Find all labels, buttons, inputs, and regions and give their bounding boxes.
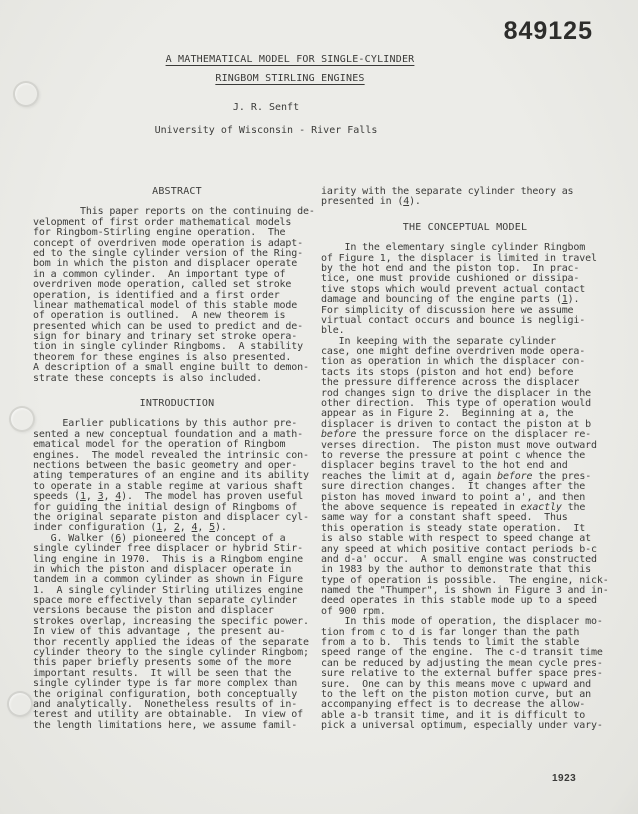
text-line: virtual contact occurs and bounce is neg… bbox=[321, 316, 609, 326]
left-column: ABSTRACT This paper reports on the conti… bbox=[33, 187, 321, 732]
text-line: overdriven mode operation, called set st… bbox=[33, 280, 321, 290]
text-line: the length limitations here, we assume f… bbox=[33, 721, 321, 731]
paragraph: Earlier publications by this author pre-… bbox=[33, 419, 321, 533]
text-line: damage and bouncing of the engine parts … bbox=[321, 295, 609, 305]
paper-number: 849125 bbox=[504, 17, 593, 46]
section-heading: INTRODUCTION bbox=[33, 399, 321, 409]
two-column-body: ABSTRACT This paper reports on the conti… bbox=[33, 187, 609, 732]
author-name: J. R. Senft bbox=[0, 95, 532, 114]
paragraph: iarity with the separate cylinder theory… bbox=[321, 187, 609, 208]
punch-hole-bottom bbox=[7, 691, 33, 717]
section-heading: THE CONCEPTUAL MODEL bbox=[321, 223, 609, 233]
author-affiliation: University of Wisconsin - River Falls bbox=[0, 125, 532, 136]
page-number: 1923 bbox=[552, 773, 576, 784]
paragraph: In this mode of operation, the displacer… bbox=[321, 617, 609, 731]
right-column: iarity with the separate cylinder theory… bbox=[321, 187, 609, 732]
text-line: pick a universal optimum, especially und… bbox=[321, 721, 609, 731]
scanned-paper-page: 849125 A MATHEMATICAL MODEL FOR SINGLE-C… bbox=[0, 0, 638, 814]
title-line-2: RINGBOM STIRLING ENGINES bbox=[0, 69, 580, 88]
paragraph: G. Walker (6) pioneered the concept of a… bbox=[33, 534, 321, 731]
paper-title: A MATHEMATICAL MODEL FOR SINGLE-CYLINDER… bbox=[0, 50, 580, 88]
paragraph: In the elementary single cylinder Ringbo… bbox=[321, 243, 609, 337]
text-line: sure direction changes. It changes after… bbox=[321, 482, 609, 492]
punch-hole-middle bbox=[9, 406, 35, 432]
paragraph: This paper reports on the continuing de-… bbox=[33, 207, 321, 384]
text-line: is also stable with respect to speed cha… bbox=[321, 534, 609, 544]
text-line: single cylinder free displacer or hybrid… bbox=[33, 544, 321, 554]
text-line: presented in (4). bbox=[321, 197, 609, 207]
paragraph: In keeping with the separate cylindercas… bbox=[321, 337, 609, 618]
section-heading: ABSTRACT bbox=[33, 187, 321, 197]
title-line-1: A MATHEMATICAL MODEL FOR SINGLE-CYLINDER bbox=[0, 50, 580, 69]
text-line: strate these concepts is also included. bbox=[33, 374, 321, 384]
